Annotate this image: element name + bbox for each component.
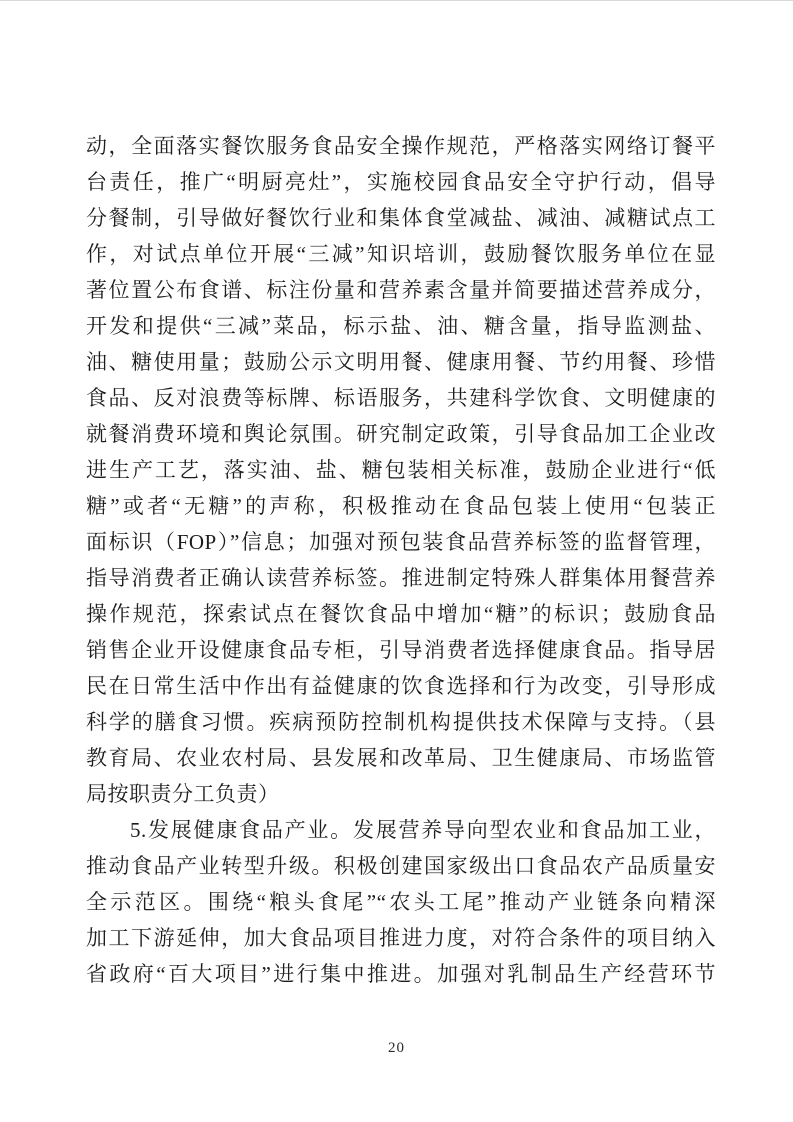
text-line: 就餐消费环境和舆论氛围。研究制定政策，引导食品加工企业改 <box>86 416 716 452</box>
body-text: 动，全面落实餐饮服务食品安全操作规范，严格落实网络订餐平 台责任，推广“明厨亮灶… <box>86 128 716 992</box>
text-line: 加工下游延伸，加大食品项目推进力度，对符合条件的项目纳入 <box>86 920 716 956</box>
text-line: 科学的膳食习惯。疾病预防控制机构提供技术保障与支持。（县 <box>86 704 716 740</box>
text-line: 开发和提供“三减”菜品，标示盐、油、糖含量，指导监测盐、 <box>86 308 716 344</box>
text-line: 食品、反对浪费等标牌、标语服务，共建科学饮食、文明健康的 <box>86 380 716 416</box>
text-line: 油、糖使用量；鼓励公示文明用餐、健康用餐、节约用餐、珍惜 <box>86 344 716 380</box>
document-page: 动，全面落实餐饮服务食品安全操作规范，严格落实网络订餐平 台责任，推广“明厨亮灶… <box>0 0 793 1122</box>
text-line: 分餐制，引导做好餐饮行业和集体食堂减盐、减油、减糖试点工 <box>86 200 716 236</box>
page-number: 20 <box>0 1038 793 1058</box>
paragraph-start-line: 5.发展健康食品产业。发展营养导向型农业和食品加工业， <box>86 812 716 848</box>
scan-top-edge <box>0 0 793 1</box>
text-line: 台责任，推广“明厨亮灶”，实施校园食品安全守护行动，倡导 <box>86 164 716 200</box>
text-line: 民在日常生活中作出有益健康的饮食选择和行为改变，引导形成 <box>86 668 716 704</box>
text-line: 指导消费者正确认读营养标签。推进制定特殊人群集体用餐营养 <box>86 560 716 596</box>
text-line: 全示范区。围绕“粮头食尾”“农头工尾”推动产业链条向精深 <box>86 884 716 920</box>
text-line: 著位置公布食谱、标注份量和营养素含量并简要描述营养成分， <box>86 272 716 308</box>
text-line: 销售企业开设健康食品专柜，引导消费者选择健康食品。指导居 <box>86 632 716 668</box>
text-line: 作，对试点单位开展“三减”知识培训，鼓励餐饮服务单位在显 <box>86 236 716 272</box>
text-line: 教育局、农业农村局、县发展和改革局、卫生健康局、市场监管 <box>86 740 716 776</box>
text-line: 动，全面落实餐饮服务食品安全操作规范，严格落实网络订餐平 <box>86 128 716 164</box>
text-line: 糖”或者“无糖”的声称，积极推动在食品包装上使用“包装正 <box>86 488 716 524</box>
text-line: 面标识（FOP）”信息；加强对预包装食品营养标签的监督管理， <box>86 524 716 560</box>
text-line: 推动食品产业转型升级。积极创建国家级出口食品农产品质量安 <box>86 848 716 884</box>
text-line: 进生产工艺，落实油、盐、糖包装相关标准，鼓励企业进行“低 <box>86 452 716 488</box>
text-line: 省政府“百大项目”进行集中推进。加强对乳制品生产经营环节 <box>86 956 716 992</box>
text-line: 操作规范，探索试点在餐饮食品中增加“糖”的标识；鼓励食品 <box>86 596 716 632</box>
text-line: 局按职责分工负责） <box>86 776 716 812</box>
